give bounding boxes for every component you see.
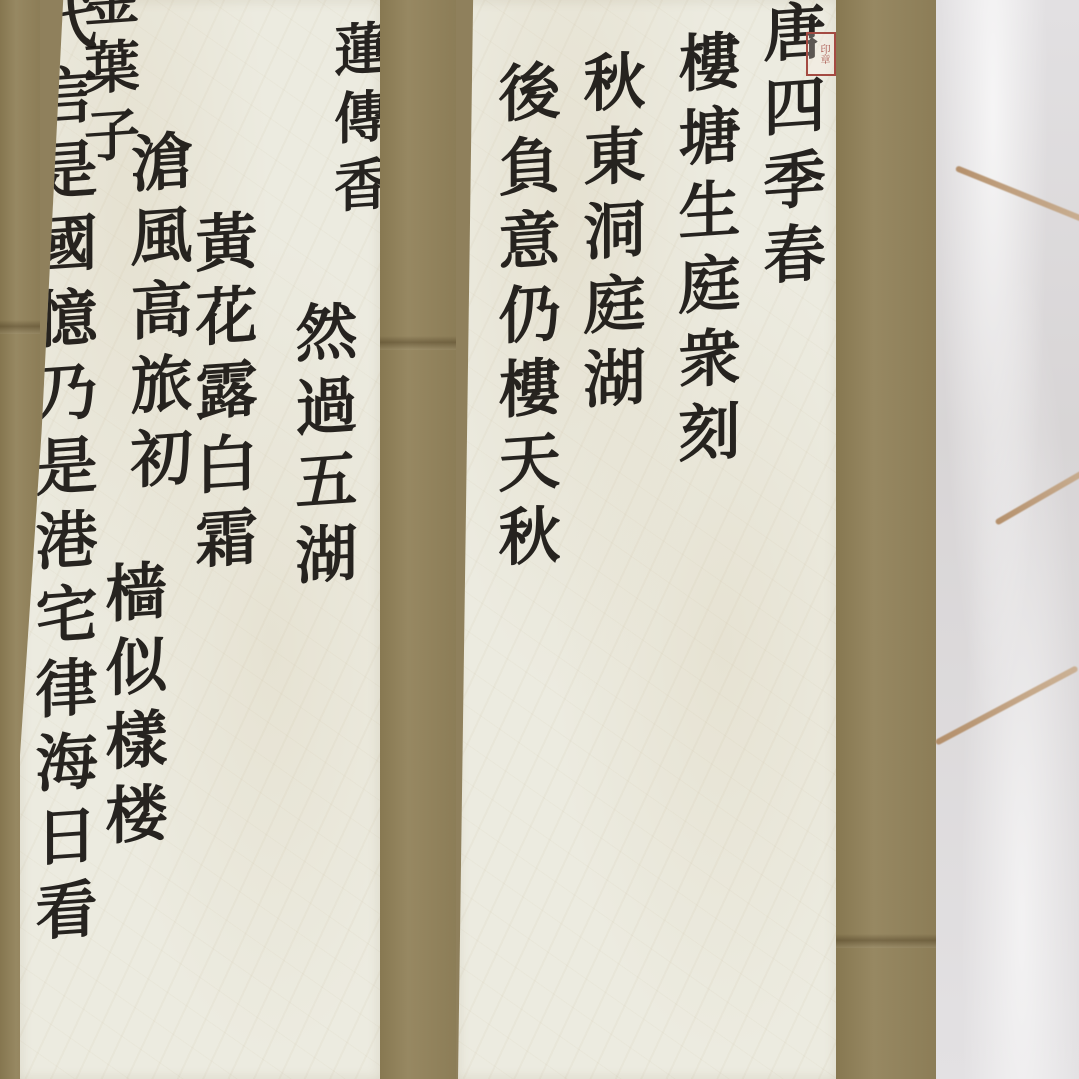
marble-vein [955, 165, 1079, 227]
calligraphy-column: 後負意仍樓天秋 [493, 58, 555, 580]
calligraphy-column: 黃花露白霜 [190, 208, 252, 582]
calligraphy-column: 滄風高旅初 [125, 128, 187, 502]
calligraphy-column: 蓮傳香 [330, 18, 386, 226]
calligraphy-column: 然過五湖 [290, 298, 352, 598]
silk-mounting-middle [376, 0, 456, 1079]
photo-scene: 代言是國憶乃是港宅律海日看 滄風高旅初 金葉子 黃花露白霜 樯似樣楼 蓮傳香 然… [0, 0, 1079, 1079]
calligraphy-column: 秋東洞庭湖 [578, 48, 640, 422]
red-seal-stamp: 印章 [806, 32, 836, 76]
right-scroll-paper: 唐四季春 樓塘生庭衆刻 秋東洞庭湖 後負意仍樓天秋 [458, 0, 836, 1079]
calligraphy-column: 金葉子 [80, 0, 136, 176]
calligraphy-column: 樯似樣楼 [100, 558, 162, 858]
marble-surface [936, 0, 1079, 1079]
calligraphy-column: 樓塘生庭衆刻 [673, 28, 735, 476]
left-scroll-paper: 代言是國憶乃是港宅律海日看 滄風高旅初 金葉子 黃花露白霜 樯似樣楼 蓮傳香 然… [20, 0, 380, 1079]
marble-vein [935, 665, 1079, 745]
marble-vein [995, 465, 1079, 525]
silk-mounting-right [832, 0, 936, 1079]
